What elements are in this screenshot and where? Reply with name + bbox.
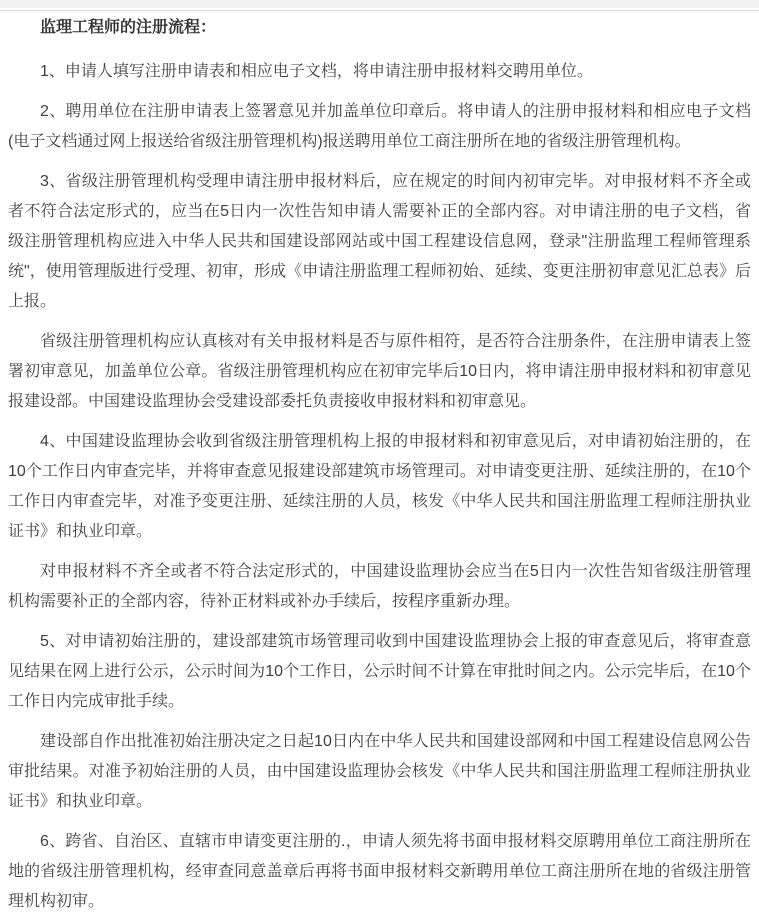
header-strip [0, 0, 759, 8]
page-title: 监理工程师的注册流程： [8, 13, 751, 43]
paragraph-supplement-materials: 对申报材料不齐全或者不符合法定形式的，中国建设监理协会应当在5日内一次性告知省级… [8, 557, 751, 617]
paragraph-provincial-review: 省级注册管理机构应认真核对有关申报材料是否与原件相符，是否符合注册条件，在注册申… [8, 327, 751, 417]
paragraph-step-2: 2、聘用单位在注册申请表上签署意见并加盖单位印章后。将申请人的注册申报材料和相应… [8, 97, 751, 157]
paragraph-step-5: 5、对申请初始注册的，建设部建筑市场管理司收到中国建设监理协会上报的审查意见后，… [8, 627, 751, 717]
paragraph-step-6: 6、跨省、自治区、直辖市申请变更注册的.，申请人须先将书面申报材料交原聘用单位工… [8, 827, 751, 917]
paragraph-step-3: 3、省级注册管理机构受理申请注册申报材料后，应在规定的时间内初审完毕。对申报材料… [8, 167, 751, 317]
paragraph-announcement: 建设部自作出批准初始注册决定之日起10日内在中华人民共和国建设部网和中国工程建设… [8, 727, 751, 817]
article-body: 监理工程师的注册流程： 1、申请人填写注册申请表和相应电子文档，将申请注册申报材… [0, 11, 759, 923]
paragraph-step-4: 4、中国建设监理协会收到省级注册管理机构上报的申报材料和初审意见后，对申请初始注… [8, 427, 751, 547]
paragraph-step-1: 1、申请人填写注册申请表和相应电子文档，将申请注册申报材料交聘用单位。 [8, 57, 751, 87]
